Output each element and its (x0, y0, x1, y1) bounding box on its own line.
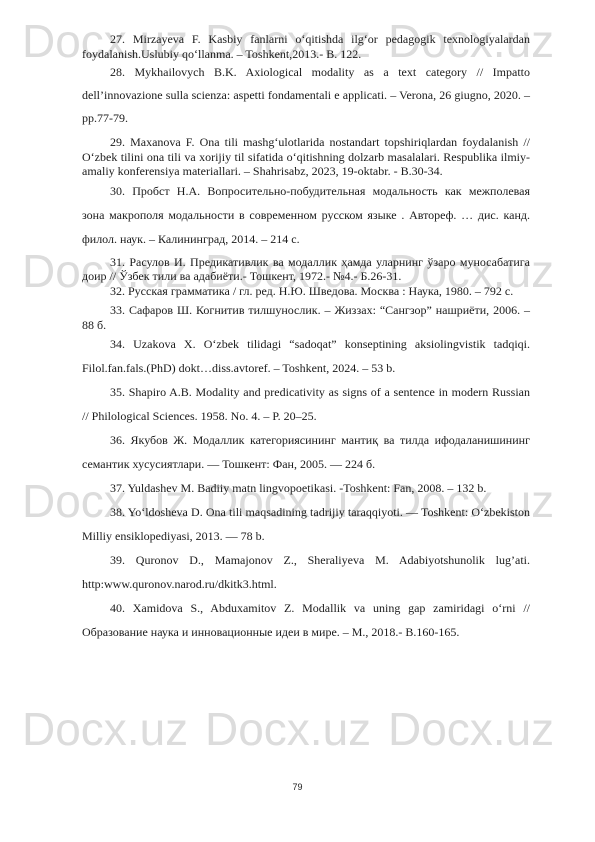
reference-number: 36. (110, 433, 125, 447)
reference-number: 32. (110, 284, 125, 298)
reference-text: Yuldashev M. Badiiy matn lingvopoetikasi… (128, 481, 487, 495)
reference-list: 27. Mirzayeva F. Kasbiy fanlarni o‘qitis… (82, 32, 530, 644)
reference-number: 27. (110, 32, 125, 46)
reference-text: Quronov D., Mamajonov Z., Sheraliyeva M.… (82, 553, 530, 591)
reference-number: 37. (110, 481, 125, 495)
reference-number: 30. (110, 184, 125, 198)
reference-number: 31. (110, 255, 125, 269)
reference-text: Yo‘ldosheva D. Ona tili maqsadining tadr… (82, 505, 530, 543)
reference-number: 39. (110, 553, 125, 567)
page-number: 79 (0, 782, 595, 792)
reference-text: Русская грамматика / гл. ред. Н.Ю. Шведо… (128, 284, 513, 298)
reference-item: 38. Yo‘ldosheva D. Ona tili maqsadining … (82, 500, 530, 548)
reference-text: Пробст Н.А. Вопросительно-побудительная … (82, 184, 530, 246)
reference-text: Сафаров Ш. Когнитив тилшунослик. – Жизза… (82, 303, 530, 332)
reference-text: Uzakova X. O‘zbek tilidagi “sadoqat” kon… (82, 337, 530, 375)
reference-item: 35. Shapiro A.B. Modality and predicativ… (82, 380, 530, 428)
reference-text: Maxanova F. Ona tili mashg‘ulotlarida no… (82, 135, 530, 178)
reference-item: 32. Русская грамматика / гл. ред. Н.Ю. Ш… (82, 284, 530, 299)
reference-text: Mykhailovych B.K. Axiological modality a… (82, 65, 530, 125)
reference-number: 40. (110, 601, 125, 615)
reference-number: 35. (110, 385, 125, 399)
reference-item: 31. Расулов И. Предикативлик ва модаллик… (82, 255, 530, 284)
reference-text: Xamidova S., Abduxamitov Z. Modallik va … (82, 601, 530, 639)
reference-item: 39. Quronov D., Mamajonov Z., Sheraliyev… (82, 548, 530, 596)
reference-number: 33. (110, 303, 125, 317)
reference-item: 27. Mirzayeva F. Kasbiy fanlarni o‘qitis… (82, 32, 530, 61)
watermark-text: Docx.uz (388, 706, 554, 752)
reference-number: 34. (110, 337, 125, 351)
reference-item: 28. Mykhailovych B.K. Axiological modali… (82, 61, 530, 130)
reference-item: 29. Maxanova F. Ona tili mashg‘ulotlarid… (82, 135, 530, 179)
watermark-text: Docx.uz (22, 706, 188, 752)
watermark-text: Docx.uz (205, 706, 371, 752)
reference-item: 40. Xamidova S., Abduxamitov Z. Modallik… (82, 596, 530, 644)
reference-text: Shapiro A.B. Modality and predicativity … (82, 385, 530, 423)
reference-item: 34. Uzakova X. O‘zbek tilidagi “sadoqat”… (82, 332, 530, 380)
reference-number: 29. (110, 135, 125, 149)
document-page: Docx.uz Docx.uz Docx.uz Docx.uz Docx.uz … (0, 0, 595, 842)
reference-item: 37. Yuldashev M. Badiiy matn lingvopoeti… (82, 476, 530, 500)
reference-number: 38. (110, 505, 125, 519)
reference-number: 28. (110, 65, 125, 79)
reference-text: Mirzayeva F. Kasbiy fanlarni o‘qitishda … (82, 32, 530, 61)
reference-item: 33. Сафаров Ш. Когнитив тилшунослик. – Ж… (82, 303, 530, 332)
reference-item: 36. Якубов Ж. Модаллик категориясининг м… (82, 428, 530, 476)
reference-text: Расулов И. Предикативлик ва модаллик ҳам… (82, 255, 530, 284)
reference-item: 30. Пробст Н.А. Вопросительно-побудитель… (82, 179, 530, 251)
reference-text: Якубов Ж. Модаллик категориясининг манти… (82, 433, 530, 471)
